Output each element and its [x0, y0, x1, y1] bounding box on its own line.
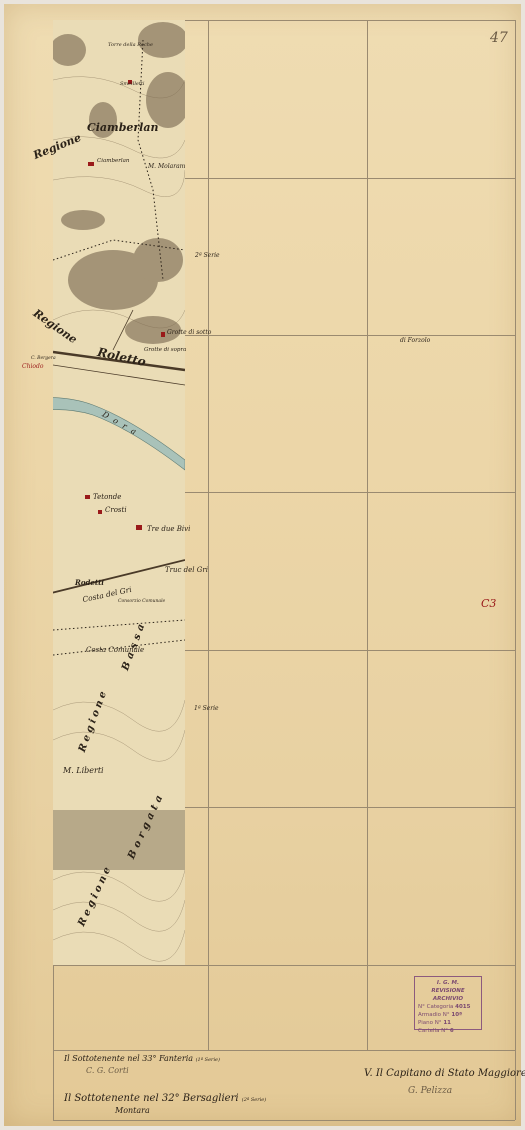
- map-label: Grotte di sotto: [167, 329, 211, 336]
- stamp-row: Piano N° 11: [418, 1019, 478, 1027]
- stamp-subtitle: REVISIONE ARCHIVIO: [418, 987, 478, 1003]
- archive-mark: C3: [481, 597, 496, 610]
- stamp-title: I. G. M.: [418, 979, 478, 987]
- captain-signature: G. Pelizza: [408, 1086, 452, 1096]
- grid-line: [367, 20, 368, 1050]
- grid-line: [208, 20, 209, 1050]
- map-label: Truc del Gri: [165, 566, 208, 574]
- map-label: Grotte di sopra: [144, 347, 186, 353]
- page-number: 47: [490, 30, 508, 46]
- grid-line: [515, 20, 516, 1120]
- officer2-signature: Montara: [115, 1106, 150, 1115]
- map-label: Chiodo: [22, 363, 43, 370]
- map-label: Consorzio Comunale: [118, 599, 165, 604]
- grid-line: [53, 1050, 515, 1051]
- map-label: C. Bergera: [31, 356, 56, 361]
- map-label: Rodetti: [75, 578, 104, 587]
- map-label: M. Molaram: [148, 163, 185, 170]
- grid-line: [53, 965, 515, 966]
- series-label: 1ª Serie: [194, 705, 219, 712]
- map-label: Torre della Roche: [108, 42, 153, 48]
- officer1-signature: C. G. Corti: [86, 1066, 129, 1075]
- archive-stamp: I. G. M. REVISIONE ARCHIVIO N° Categoria…: [414, 976, 482, 1030]
- officer2-title: Il Sottotenente nel 32° Bersaglieri (2ª …: [64, 1093, 266, 1104]
- map-label: di Forzolo: [400, 337, 430, 344]
- map-label: Smeilletti: [120, 81, 145, 87]
- region-label: Ciamberlan: [87, 121, 159, 134]
- map-label: M. Liberti: [63, 766, 104, 775]
- captain-title: V. Il Capitano di Stato Maggiore: [364, 1068, 525, 1079]
- map-label: Tetonde: [93, 493, 121, 501]
- stamp-row: Armadio N° 10ª: [418, 1011, 478, 1019]
- map-label: Tre due Bivi: [147, 525, 190, 533]
- stamp-row: Cartella N° 6: [418, 1027, 478, 1035]
- series-label: 2ª Serie: [195, 252, 220, 259]
- map-label: Ciamberlan: [97, 158, 129, 164]
- grid-line: [53, 1120, 515, 1121]
- officer1-title: Il Sottotenente nel 33° Fanteria (1ª Ser…: [64, 1054, 220, 1063]
- map-label: Crosti: [105, 506, 127, 514]
- stamp-row: N° Categoria 4015: [418, 1003, 478, 1011]
